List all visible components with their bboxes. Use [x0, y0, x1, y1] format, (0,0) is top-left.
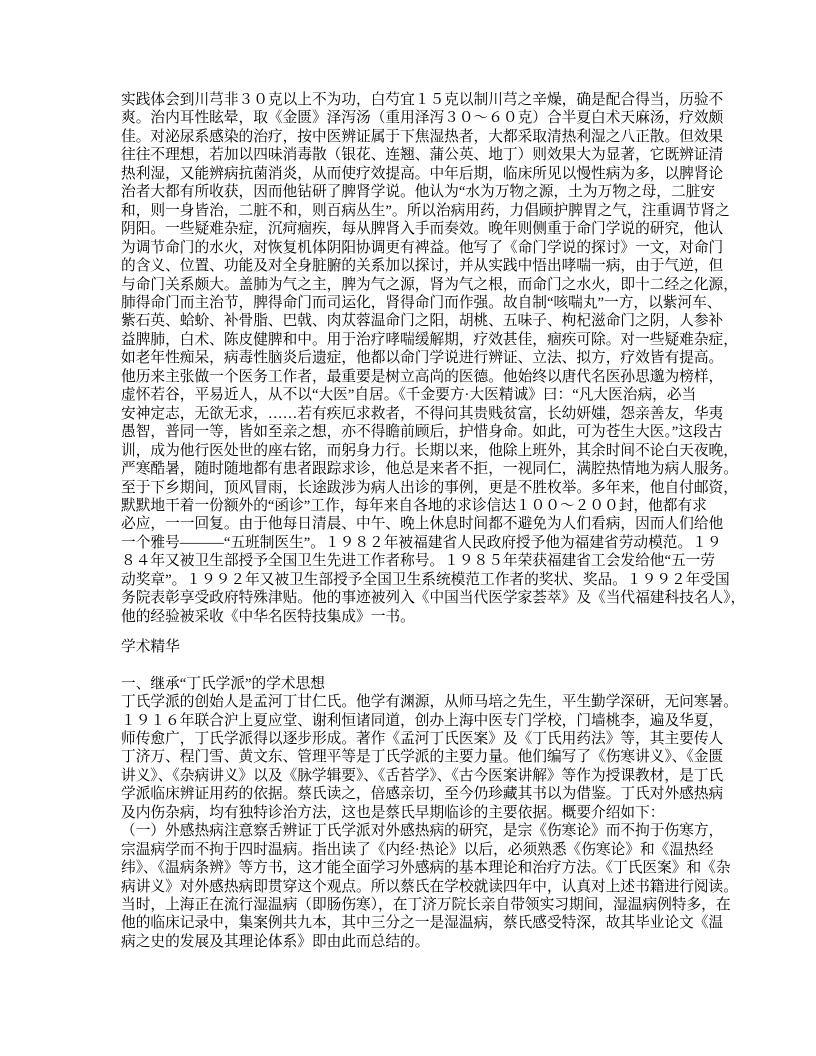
text-line: 他历来主张做一个医务工作者，最重要是树立高尚的医德。他始终以唐代名医孙思邈为榜样…	[121, 368, 703, 386]
text-line: 默默地干着一份额外的“函诊”工作，每年来自各地的求诊信达１００～２００封，他都有…	[121, 497, 703, 515]
text-line: 愚智，普同一等，皆如至亲之想，亦不得瞻前顾后，护惜身命。如此，可为苍生大医。”这…	[121, 423, 703, 441]
text-line: 必应，一一回复。由于他每日清晨、中午、晚上休息时间都不避免为人们看病，因而人们给…	[121, 515, 703, 533]
text-line: 纬》、《温病条辨》等方书，这才能全面学习外感病的基本理论和治疗方法。《丁氏医案》…	[121, 859, 703, 877]
text-line: 他的经验被采收《中华名医特技集成》一书。	[121, 608, 703, 626]
text-line: （一）外感热病注意察舌辨证丁氏学派对外感热病的研究，是宗《伤寒论》而不拘于伤寒方…	[121, 822, 703, 840]
text-content: 实践体会到川芎非３０克以上不为功，白芍宜１５克以制川芎之辛燥，确是配合得当，历验…	[121, 91, 703, 951]
text-line: 训，成为他行医处世的座右铭，而躬身力行。长期以来，他除上班外，其余时间不论白天夜…	[121, 442, 703, 460]
text-line: 病之史的发展及其理论体系》即由此而总结的。	[121, 933, 703, 951]
text-line: 为调节命门的水火，对恢复机体阴阳协调更有裨益。他写了《命门学说的探讨》一文，对命…	[121, 239, 703, 257]
text-line: 的含义、位置、功能及对全身脏腑的关系加以探讨，并从实践中悟出哮喘一病，由于气逆，…	[121, 257, 703, 275]
text-line: 动奖章”。１９９２年又被卫生部授予全国卫生系统模范工作者的奖状、奖品。１９９２年…	[121, 571, 703, 589]
text-line: 虚怀若谷，平易近人，从不以“大医”自居。《千金要方·大医精诚》曰：“凡大医治病，…	[121, 386, 703, 404]
text-line: 务院表彰享受政府特殊津贴。他的事迹被列入《中国当代医学家荟萃》及《当代福建科技名…	[121, 589, 703, 607]
subsection-heading-dingshi-school: 一、继承“丁氏学派”的学术思想	[121, 675, 703, 693]
text-line: 与命门关系颇大。盖肺为气之主，脾为气之源，肾为气之根，而命门之水火，即十二经之化…	[121, 276, 703, 294]
text-line: 爽。治内耳性眩晕，取《金匮》泽泻汤（重用泽泻３０～６０克）合半夏白术天麻汤，疗效…	[121, 109, 703, 127]
document-page: 实践体会到川芎非３０克以上不为功，白芍宜１５克以制川芎之辛燥，确是配合得当，历验…	[0, 0, 816, 1056]
text-line: 当时，上海正在流行湿温病（即肠伤寒），在丁济万院长亲自带领实习期间，湿温病例特多…	[121, 896, 703, 914]
text-line: 益脾肺，白术、陈皮健脾和中。用于治疗哮喘缓解期，疗效甚佳，痼疾可除。对一些疑难杂…	[121, 331, 703, 349]
section-heading-academic-essence: 学术精华	[121, 638, 703, 656]
text-line: 讲义》、《杂病讲义》以及《脉学辑要》、《舌苔学》、《古今医案讲解》等作为授课教材…	[121, 767, 703, 785]
text-line: 往往不理想，若加以四味消毒散（银花、连翘、蒲公英、地丁）则效果大为显著，它既辨证…	[121, 146, 703, 164]
text-line: 佳。对泌尿系感染的治疗，按中医辨证属于下焦湿热者，大都采取清热利湿之八正散。但效…	[121, 128, 703, 146]
text-line: 严寒酷暑，随时随地都有患者跟踪求诊，他总是来者不拒，一视同仁，满腔热情地为病人服…	[121, 460, 703, 478]
text-line: 如老年性痴呆，病毒性脑炎后遗症，他都以命门学说进行辨证、立法、拟方，疗效皆有提高…	[121, 349, 703, 367]
text-line: 宗温病学而不拘于四时温病。指出读了《内经·热论》以后，必须熟悉《伤寒论》和《温热…	[121, 841, 703, 859]
text-line: 实践体会到川芎非３０克以上不为功，白芍宜１５克以制川芎之辛燥，确是配合得当，历验…	[121, 91, 703, 109]
text-line: ８４年又被卫生部授予全国卫生先进工作者称号。１９８５年荣获福建省工会发给他“五一…	[121, 552, 703, 570]
text-line: 治者大都有所收获，因而他钻研了脾肾学说。他认为“水为万物之源，土为万物之母，二脏…	[121, 183, 703, 201]
text-line: 安神定志，无欲无求，……若有疾厄求救者，不得问其贵贱贫富，长幼妍媸，怨亲善友，华…	[121, 405, 703, 423]
text-line: 阴阳。一些疑难杂症，沉疴痼疾，每从脾肾入手而奏效。晚年则侧重于命门学说的研究，他…	[121, 220, 703, 238]
text-line: 病讲义》对外感热病即贯穿这个观点。所以蔡氏在学校就读四年中，认真对上述书籍进行阅…	[121, 878, 703, 896]
text-line: 和，则一身皆治，二脏不和，则百病丛生”。所以治病用药，力倡顾护脾胃之气，注重调节…	[121, 202, 703, 220]
text-line: 及内伤杂病，均有独特诊治方法，这也是蔡氏早期临诊的主要依据。概要介绍如下：	[121, 804, 703, 822]
biography-paragraph: 实践体会到川芎非３０克以上不为功，白芍宜１５克以制川芎之辛燥，确是配合得当，历验…	[121, 91, 703, 626]
text-line: 学派临床辨证用药的依据。蔡氏读之，倍感亲切，至今仍珍藏其书以为借鉴。丁氏对外感热…	[121, 785, 703, 803]
text-line: 师传愈广，丁氏学派得以逐步形成。著作《孟河丁氏医案》及《丁氏用药法》等，其主要传…	[121, 730, 703, 748]
text-line: 丁氏学派的创始人是孟河丁甘仁氏。他学有渊源，从师马培之先生，平生勤学深研，无问寒…	[121, 693, 703, 711]
text-line: 肺得命门而主治节，脾得命门而司运化，肾得命门而作强。故自制“咳喘丸”一方，以紫河…	[121, 294, 703, 312]
text-line: １９１６年联合沪上夏应堂、谢利恒诸同道，创办上海中医专门学校，门墙桃李，遍及华夏…	[121, 712, 703, 730]
text-line: 他的临床记录中，集案例共九本，其中三分之一是湿温病，蔡氏感受特深，故其毕业论文《…	[121, 914, 703, 932]
text-line: 热利湿，又能辨病抗菌消炎，从而使疗效提高。中年后期，临床所见以慢性病为多，以脾肾…	[121, 165, 703, 183]
text-line: 紫石英、蛤蚧、补骨脂、巴戟、肉苁蓉温命门之阳，胡桃、五味子、枸杞滋命门之阴，人参…	[121, 312, 703, 330]
text-line: 至于下乡期间，顶风冒雨，长途跋涉为病人出诊的事例，更是不胜枚举。多年来，他自付邮…	[121, 479, 703, 497]
text-line: 一个雅号———“五班制医生”。１９８２年被福建省人民政府授予他为福建省劳动模范。…	[121, 534, 703, 552]
text-line: 丁济万、程门雪、黄文东、管理平等是丁氏学派的主要力量。他们编写了《伤寒讲义》、《…	[121, 748, 703, 766]
dingshi-school-paragraph: 丁氏学派的创始人是孟河丁甘仁氏。他学有渊源，从师马培之先生，平生勤学深研，无问寒…	[121, 693, 703, 951]
